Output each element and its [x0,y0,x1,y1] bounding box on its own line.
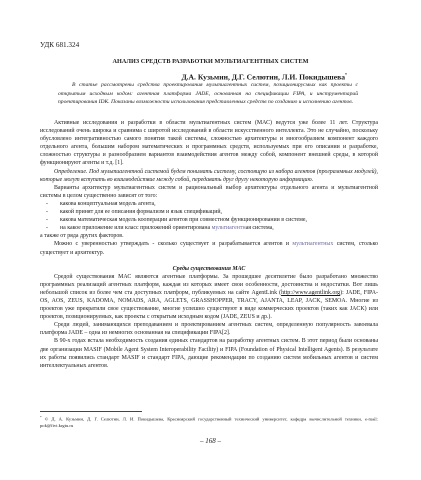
list-item: какова концептуальная модель агента, [40,200,378,208]
list-item: какой принят для ее описания формализм и… [40,208,378,216]
paragraph-platforms: Средой существования МАС являются агентн… [40,273,378,322]
factor-list: какова концептуальная модель агента, как… [40,200,378,232]
paragraph-intro: Активные исследования и разработки в обл… [40,119,378,168]
text-span: Можно с уверенностью утверждать - скольк… [54,241,292,247]
article-title: АНАЛИЗ СРЕДСТВ РАЗРАБОТКИ МУЛЬТИАГЕНТНЫХ… [0,58,421,65]
list-item-text: на какое приложение или класс приложений… [60,225,212,231]
footnote-marker: * [345,72,347,77]
document-page: УДК 681.324 АНАЛИЗ СРЕДСТВ РАЗРАБОТКИ МУ… [0,0,421,480]
abstract: В статье рассмотрены средства проектиров… [58,81,358,107]
definition-label: Определение. [54,169,87,175]
paragraph-architectures: Варианты архитектур мультиагентных систе… [40,184,378,200]
footnote-divider [40,411,142,412]
paragraph-standards: В 90-х годах встала необходимость создан… [40,337,378,369]
agentlink-url[interactable]: http://www.agentlink.org [281,290,340,296]
section-heading: Среды существования МАС [40,265,378,273]
page-number: – 168 – [0,437,421,445]
udk-code: УДК 681.324 [40,41,79,49]
definition-text: Под мультиагентной системой будем понима… [40,169,378,183]
footnote: * © Д. А. Кузьмин, Д. Г. Селютин, Л. И. … [40,414,378,430]
paragraph-conclusion: Можно с уверенностью утверждать - скольк… [40,240,378,256]
highlighted-term: мультиагентн [212,225,246,231]
list-item: какова математическая модель кооперации … [40,216,378,224]
paragraph-jade: Среди людей, занимающихся преподаванием … [40,321,378,337]
article-body: Активные исследования и разработки в обл… [40,119,378,370]
paragraph-definition: Определение. Под мультиагентной системой… [40,168,378,184]
list-item-text: ая система, [246,225,274,231]
paragraph-tail: а также от ряда других факторов. [40,232,378,240]
highlighted-term: мультиагентных [292,241,333,247]
footnote-text: © Д. А. Кузьмин, Д. Г. Селютин, Л. И. По… [40,417,378,429]
list-item: на какое приложение или класс приложений… [40,224,378,232]
